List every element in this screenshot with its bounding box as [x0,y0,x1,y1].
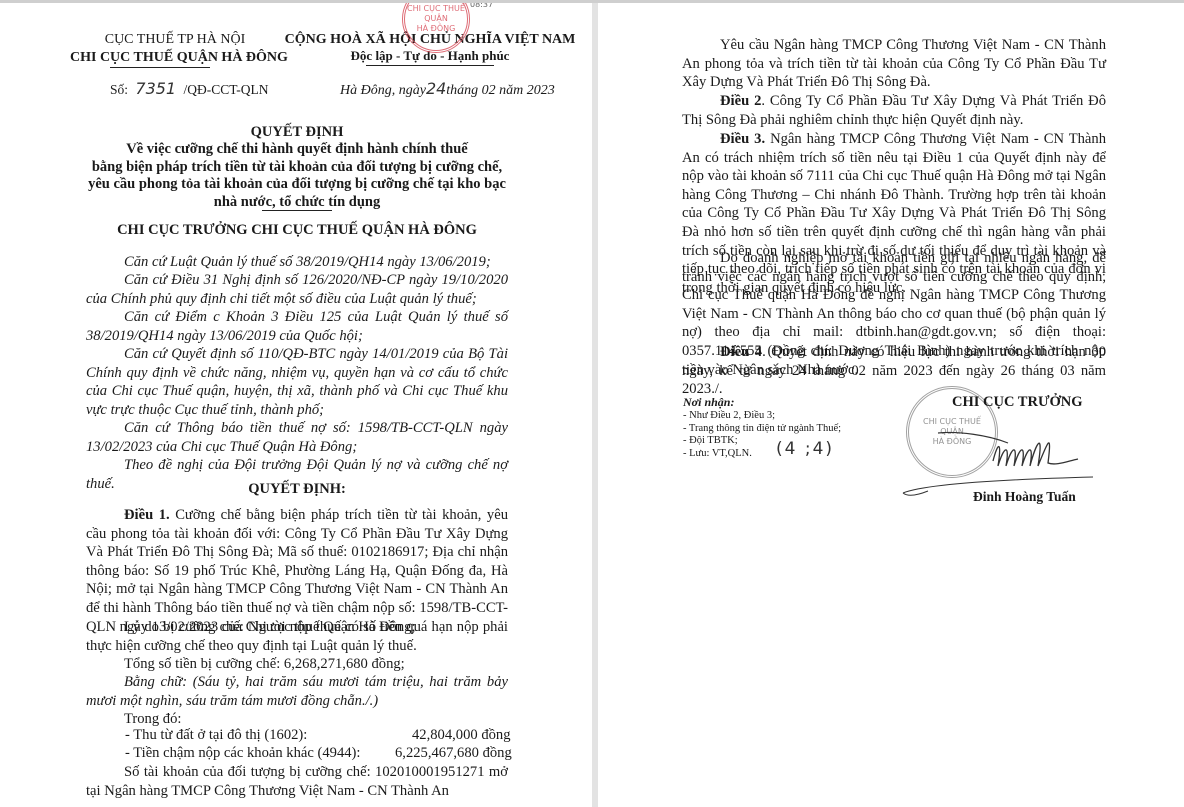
signer-name: Đinh Hoàng Tuấn [973,489,1076,505]
motto-underline [366,65,494,66]
handwritten-note: (4 ;4) [776,439,834,459]
breakdown-item: - Tiền chậm nộp các khoản khác (4944): [125,745,360,762]
legal-basis: Căn cứ Luật Quản lý thuế số 38/2019/QH14… [86,253,508,272]
stamp-time: 08:37 [470,3,493,9]
article-4: Điều 4. Quyết định này có hiệu lực thi h… [682,343,1106,399]
legal-basis: Căn cứ Điểm c Khoản 3 Điều 125 của Luật … [86,308,508,345]
subject-line: yêu cầu phong tỏa tài khoản của đối tượn… [82,176,512,194]
breakdown-amount: 6,225,467,680 đồng [395,745,512,762]
date-prefix: Hà Đông, ngày [340,83,426,98]
subject-line: bằng biện pháp trích tiền từ tài khoản c… [82,159,512,177]
article-4-label: Điều 4 [720,344,762,360]
stamp-line: QUẬN [424,14,448,24]
issuing-authority: CHI CỤC TRƯỞNG CHI CỤC THUẾ QUẬN HÀ ĐÔNG [82,222,512,239]
freeze-request: Yêu cầu Ngân hàng TMCP Công Thương Việt … [682,36,1106,92]
enforcement-reason: Lý do bị cưỡng chế: Người nộp thuế có số… [86,618,508,655]
article-1: Điều 1. Cưỡng chế bằng biện pháp trích t… [86,506,508,636]
recipients-heading: Nơi nhận: [683,395,841,410]
handwritten-day: 24 [426,79,446,98]
document-subject: Về việc cưỡng chế thi hành quyết định hà… [82,141,512,211]
subject-line: nhà nước, tổ chức tín dụng [82,194,512,212]
agency-name: CHI CỤC THUẾ QUẬN HÀ ĐÔNG [70,49,280,67]
recipient-item: - Như Điều 2, Điều 3; [683,410,841,423]
date-suffix: tháng 02 năm 2023 [446,83,555,98]
recipient-item: - Trang thông tin điện tử ngành Thuế; [683,423,841,436]
title-divider [262,210,332,211]
legal-basis: Căn cứ Điều 31 Nghị định số 126/2020/NĐ-… [86,271,508,308]
article-3-label: Điều 3. [720,131,765,147]
total-label: Tổng số tiền bị cưỡng chế: [124,656,280,672]
article-2: Điều 2. Công Ty Cổ Phần Đầu Tư Xây Dựng … [682,92,1106,129]
document-page-1: CỤC THUẾ TP HÀ NỘI CHI CỤC THUẾ QUẬN HÀ … [0,3,592,807]
account-info: Số tài khoản của đối tượng bị cưỡng chế:… [86,763,508,800]
number-suffix: /QĐ-CCT-QLN [183,82,268,97]
total-value: 6,268,271,680 đồng; [284,656,405,672]
legal-basis: Căn cứ Quyết định số 110/QĐ-BTC ngày 14/… [86,345,508,419]
handwritten-number: 7351 [131,79,180,98]
issue-date: Hà Đông, ngày24tháng 02 năm 2023 [340,79,555,99]
amount-in-words: Bằng chữ: (Sáu tỷ, hai trăm sáu mươi tám… [86,673,508,710]
document-title: QUYẾT ĐỊNH [82,124,512,141]
decision-heading: QUYẾT ĐỊNH: [82,481,512,498]
article-2-label: Điều 2 [720,93,761,109]
agency-parent: CỤC THUẾ TP HÀ NỘI [70,31,280,49]
document-page-2: Yêu cầu Ngân hàng TMCP Công Thương Việt … [598,3,1184,807]
stamp-line: HÀ ĐÔNG [417,24,456,34]
signer-title: CHI CỤC TRƯỞNG [952,394,1083,411]
legal-basis: Căn cứ Thông báo tiền thuế nợ số: 1598/T… [86,419,508,456]
number-prefix: Số: [110,82,128,97]
breakdown-amount: 42,804,000 đồng [412,727,511,744]
article-1-label: Điều 1. [124,507,170,523]
decision-number: Số: 7351 /QĐ-CCT-QLN [110,79,269,98]
breakdown-item: - Thu từ đất ở tại đô thị (1602): [125,727,307,744]
article-1-text: Cưỡng chế bằng biện pháp trích tiền từ t… [86,507,508,635]
stamp-line: CHI CỤC THUẾ [407,4,465,14]
subject-line: Về việc cưỡng chế thi hành quyết định hà… [82,141,512,159]
breakdown-label: Trong đó: [86,710,508,729]
total-amount: Tổng số tiền bị cưỡng chế: 6,268,271,680… [86,655,508,674]
agency-underline [110,67,210,68]
